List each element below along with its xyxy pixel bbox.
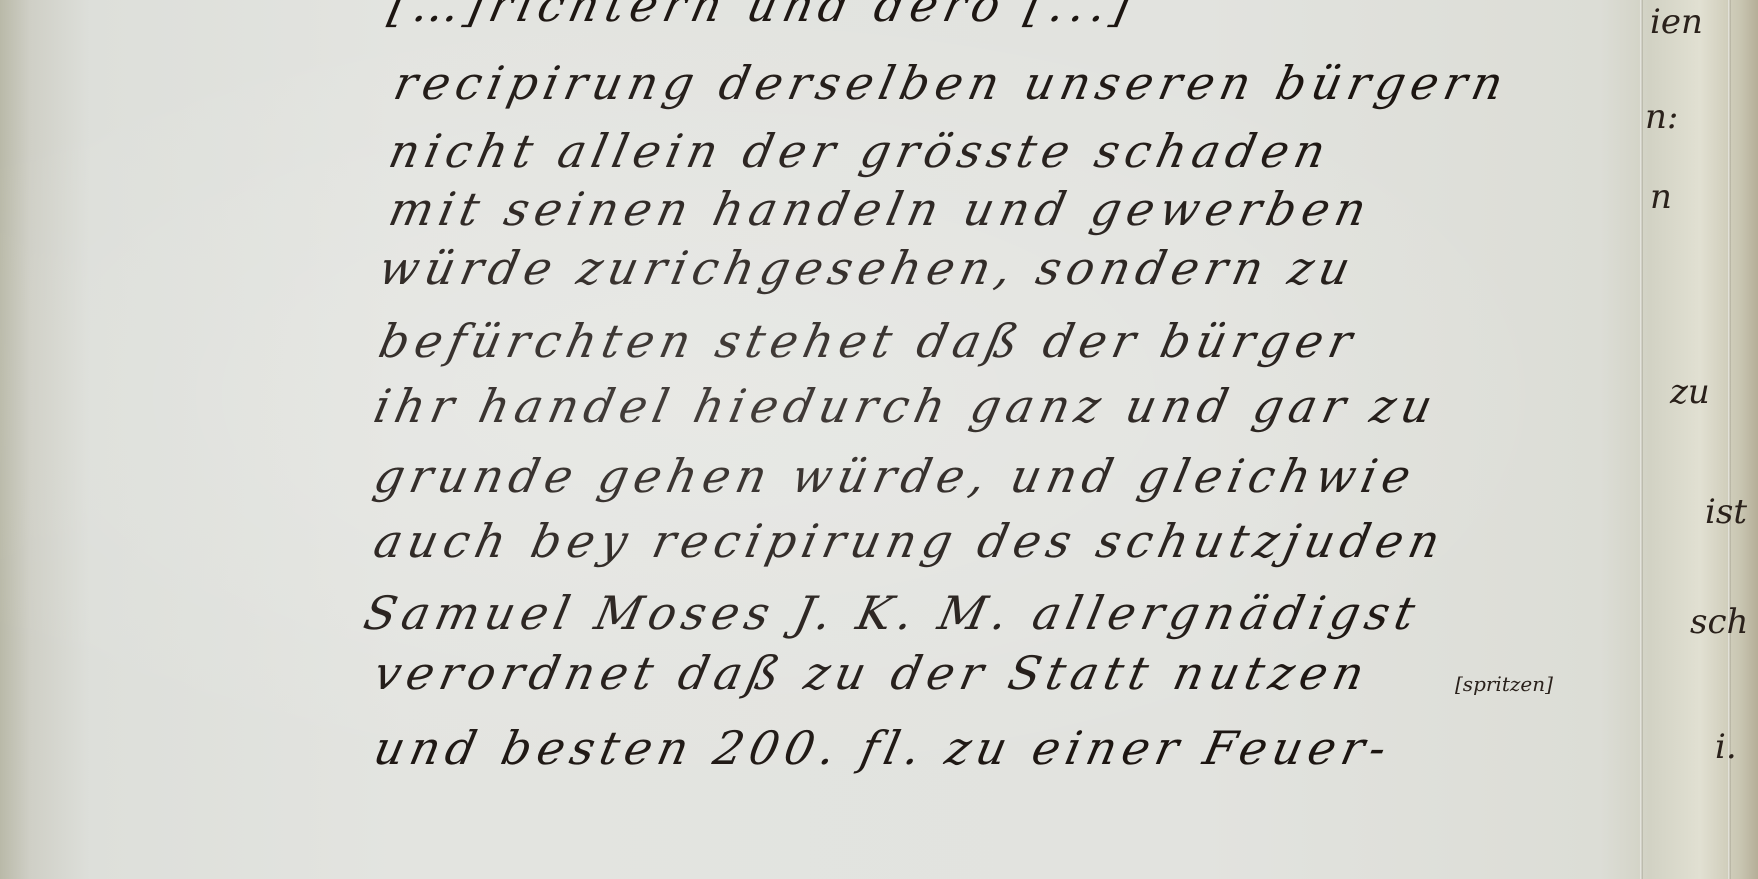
manuscript-line-11: verordnet daß zu der Statt nutzen <box>370 650 1374 696</box>
page-edge <box>1728 0 1731 879</box>
manuscript-line-6: befürchten stehet daß der bürger <box>375 318 1362 364</box>
manuscript-line-7: ihr handel hiedurch ganz und gar zu <box>370 383 1442 429</box>
manuscript-line-8: grunde gehen würde, und gleichwie <box>370 453 1421 499</box>
margin-note-1: ien <box>1650 5 1703 39</box>
margin-note-4: zu <box>1670 375 1710 409</box>
margin-note-2: n: <box>1645 100 1678 134</box>
manuscript-page: […]richtern und dero [...] recipirung de… <box>0 0 1758 879</box>
manuscript-line-9: auch bey recipirung des schutzjuden <box>370 518 1450 564</box>
manuscript-line-3: nicht allein der grösste schaden <box>385 128 1335 174</box>
manuscript-line-2: recipirung derselben unseren bürgern <box>390 60 1513 106</box>
manuscript-line-10: Samuel Moses J. K. M. allergnädigst <box>360 590 1425 636</box>
margin-note-7: i. <box>1715 730 1737 764</box>
margin-note-3: n <box>1650 180 1672 214</box>
manuscript-line-5: würde zurichgesehen, sondern zu <box>375 245 1360 291</box>
page-fold <box>1640 0 1643 879</box>
margin-note-5: ist <box>1705 495 1747 529</box>
manuscript-line-12: und besten 200. fl. zu einer Feuer- <box>370 725 1396 771</box>
margin-note-6: sch <box>1690 605 1748 639</box>
manuscript-line-4: mit seinen handeln und gewerben <box>385 186 1376 232</box>
manuscript-line-1: […]richtern und dero [...] <box>385 0 1141 28</box>
interlinear-insert: [spritzen] <box>1455 672 1553 696</box>
